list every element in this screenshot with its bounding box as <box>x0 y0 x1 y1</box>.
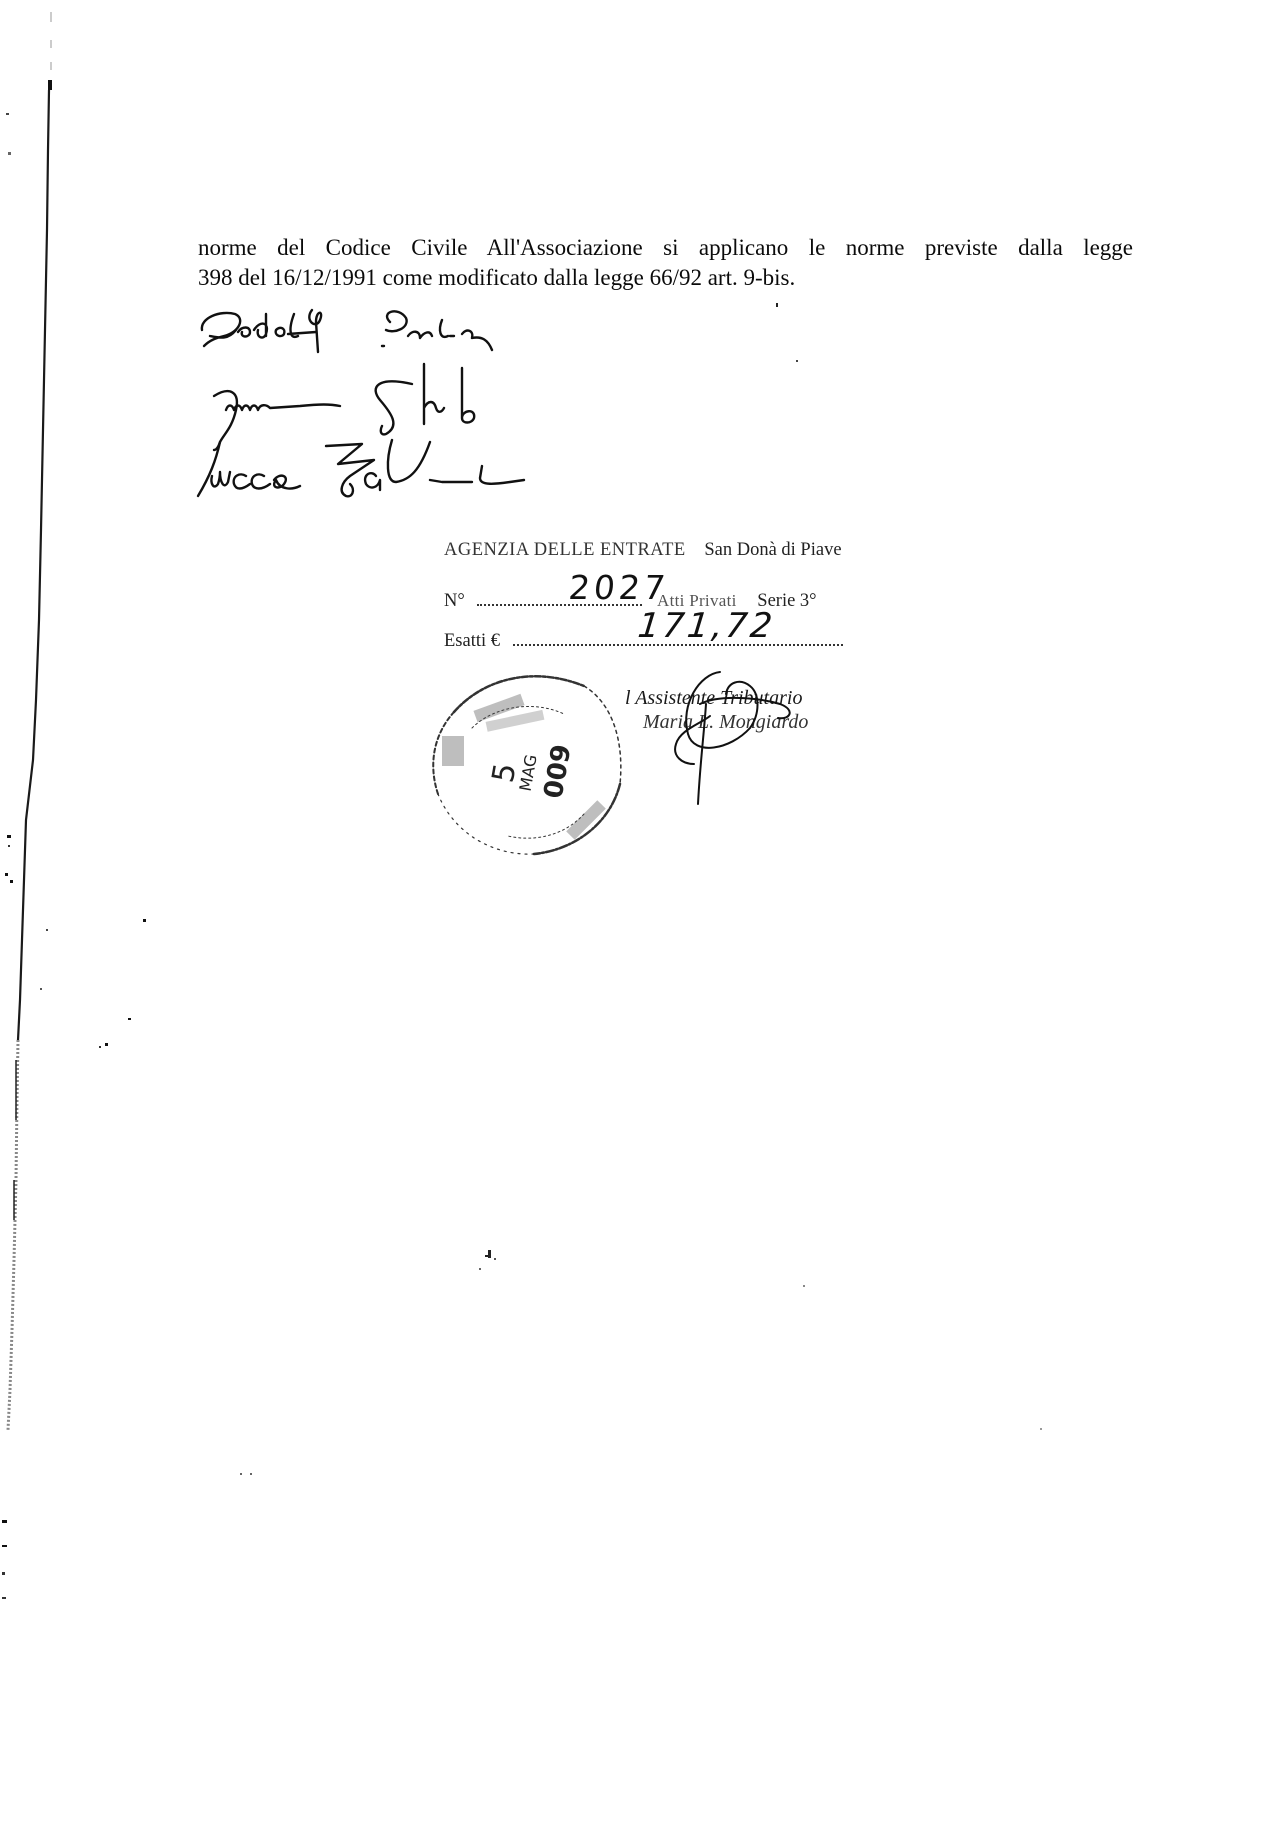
amount-label: Esatti € <box>444 631 500 651</box>
amount-value: 171,72 <box>636 606 777 646</box>
registration-header: AGENZIA DELLE ENTRATE San Donà di Piave <box>444 540 842 561</box>
member-signature-2 <box>214 364 474 450</box>
number-label: N° <box>444 591 465 611</box>
member-signature-3 <box>198 440 524 496</box>
round-date-stamp: 5 MAG 009 <box>424 664 634 864</box>
member-signatures <box>180 300 560 520</box>
body-line-1: norme del Codice Civile All'Associazione… <box>198 233 1133 263</box>
member-signature-1 <box>202 310 492 352</box>
amount-row: Esatti € 171,72 <box>444 630 843 652</box>
scan-edge-artifact <box>0 0 60 1843</box>
agency-name: AGENZIA DELLE ENTRATE <box>444 540 686 560</box>
officer-signature <box>610 664 840 814</box>
registration-number: 2027 <box>567 568 671 607</box>
body-paragraph: norme del Codice Civile All'Associazione… <box>198 233 1133 293</box>
scanned-document-page: norme del Codice Civile All'Associazione… <box>0 0 1279 1843</box>
amount-dotted-line: 171,72 <box>513 630 843 646</box>
office-name: San Donà di Piave <box>704 540 841 560</box>
number-dotted-line: 2027 <box>477 590 642 606</box>
stamp-year: 009 <box>539 742 578 801</box>
stamp-month: MAG <box>516 753 541 793</box>
body-line-2: 398 del 16/12/1991 come modificato dalla… <box>198 263 1133 293</box>
